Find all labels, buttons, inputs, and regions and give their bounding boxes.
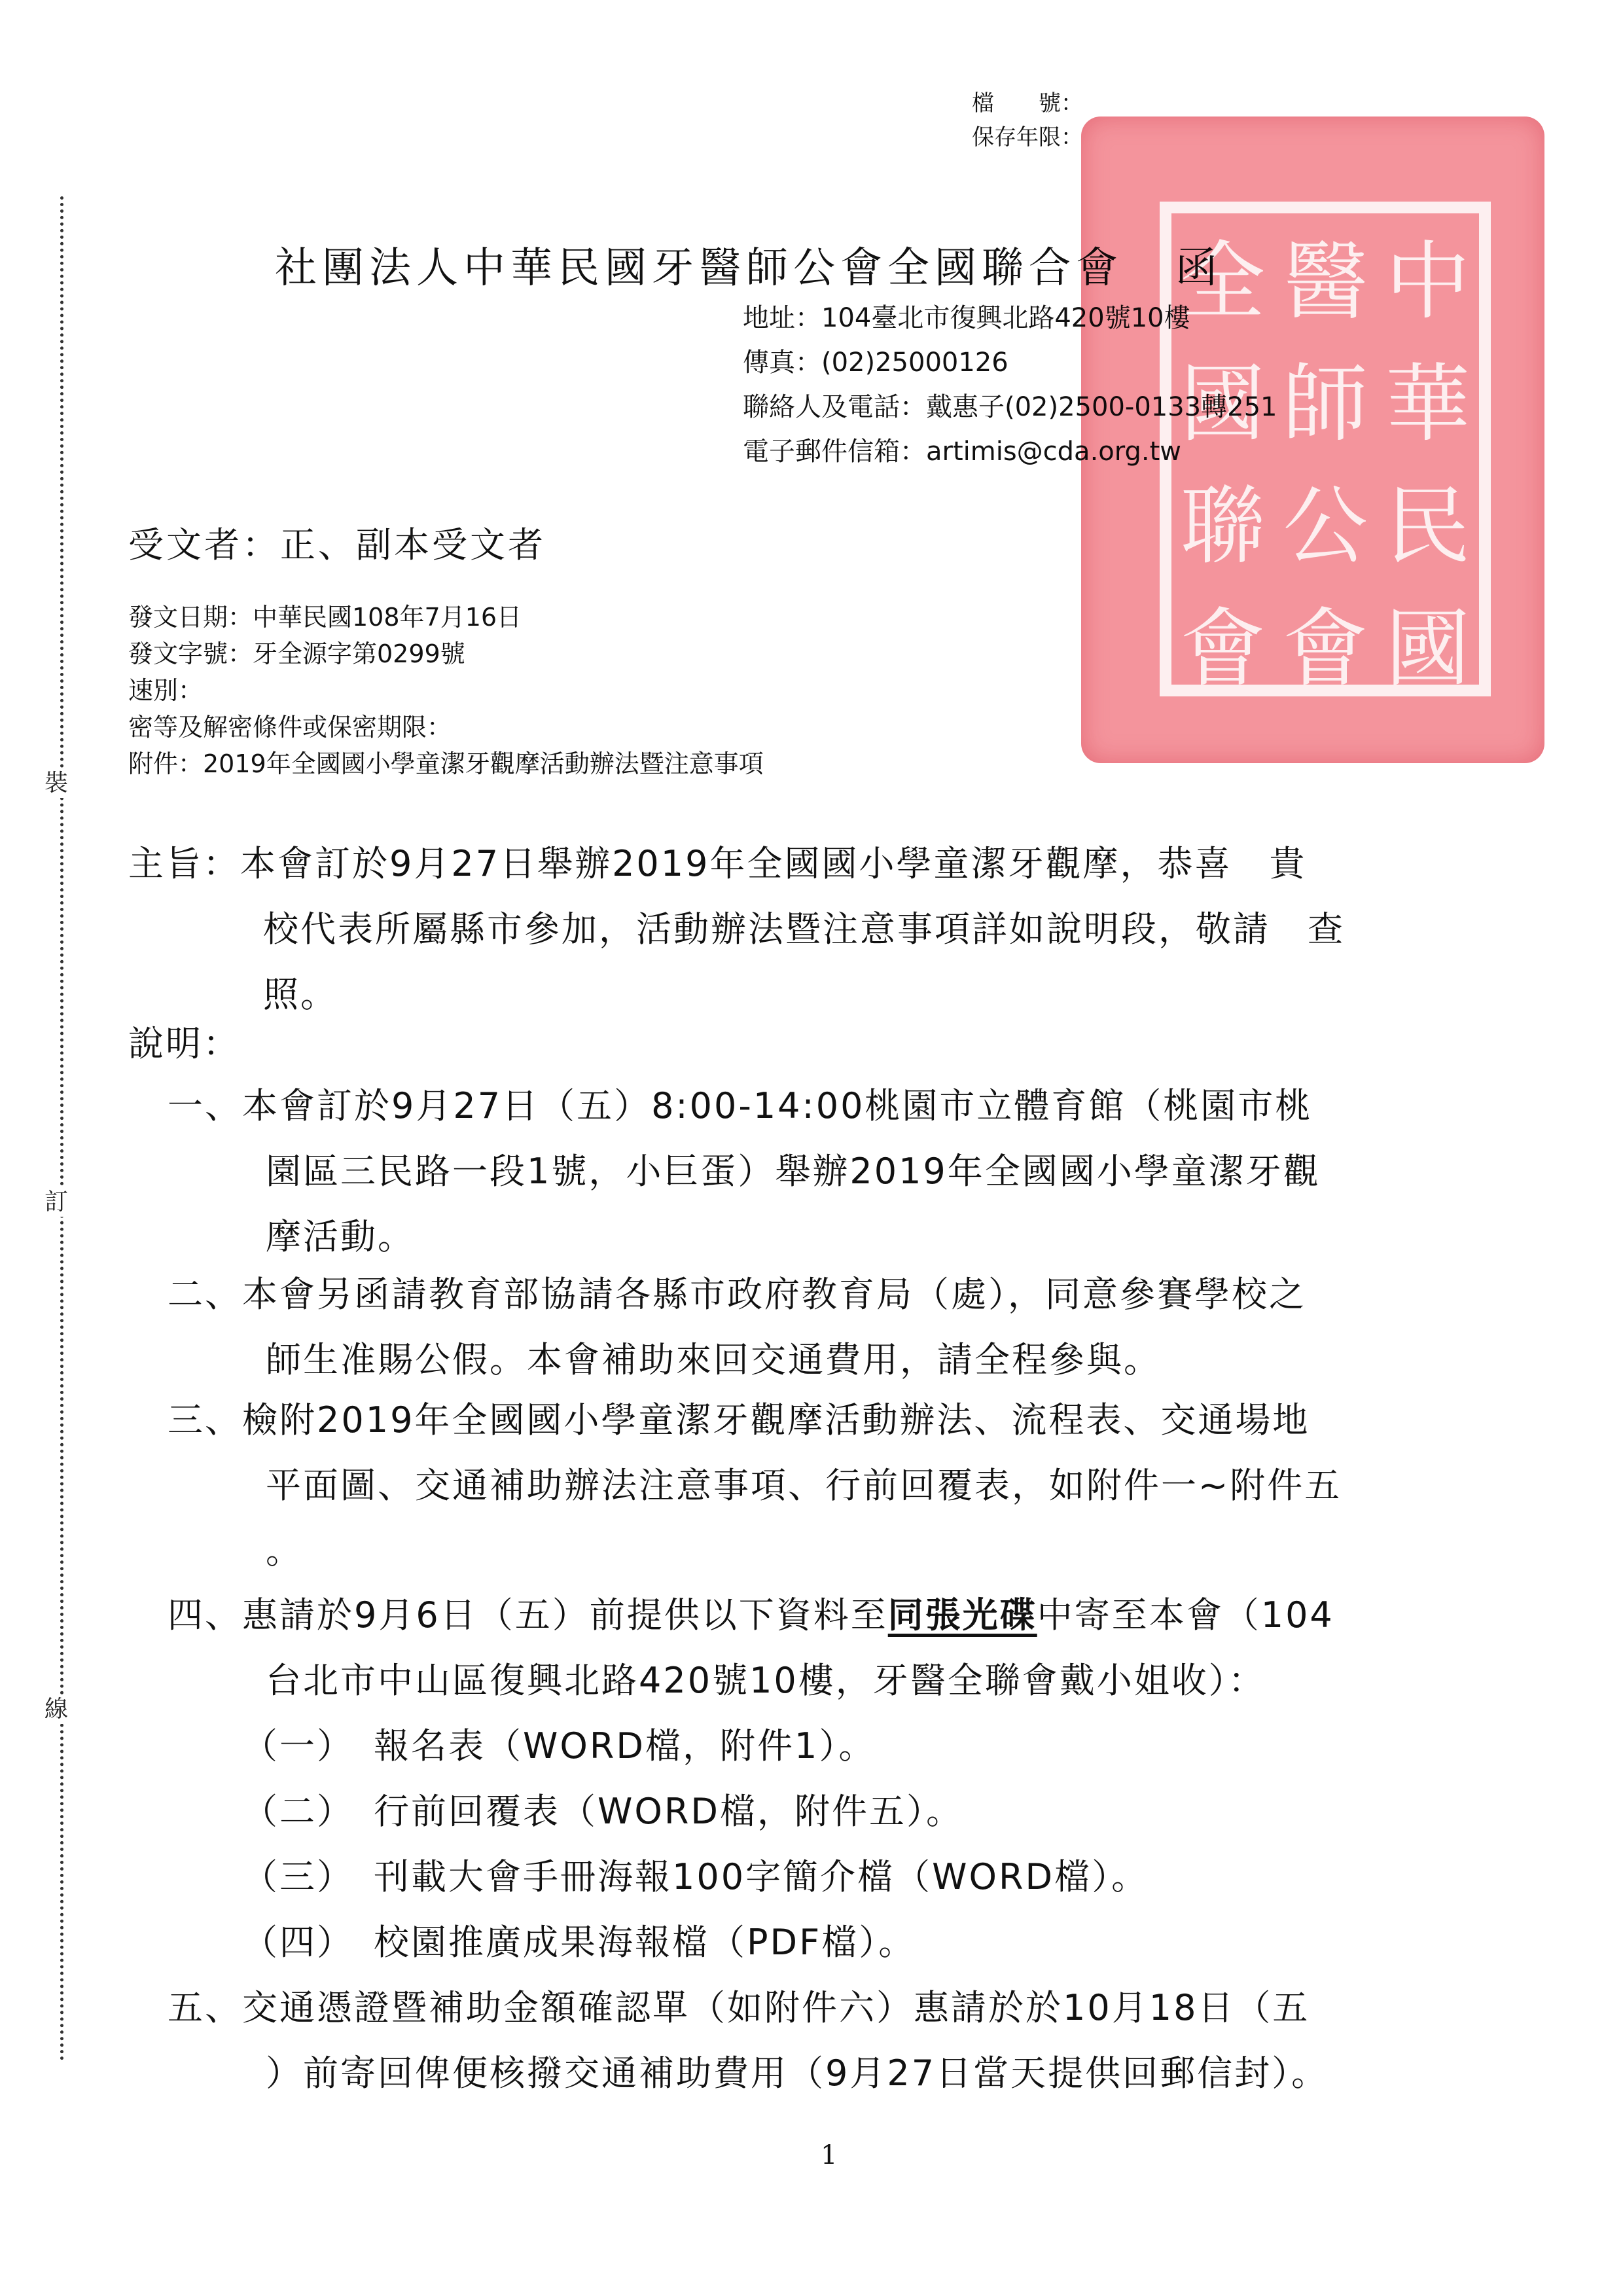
item-line: 。 (168, 1518, 1342, 1584)
emphasized-text: 同張光碟 (888, 1594, 1037, 1636)
item-line: 檢附2019年全國國小學童潔牙觀摩活動辦法、流程表、交通場地 (242, 1399, 1310, 1441)
subject-line: 本會訂於9月27日舉辦2019年全國國小學童潔牙觀摩，恭喜 貴 (240, 843, 1307, 884)
item-line: 平面圖、交通補助辦法注意事項、行前回覆表，如附件一~附件五 (168, 1453, 1342, 1518)
item-number: 二、 (168, 1274, 242, 1315)
seal-char: 國 (1376, 581, 1479, 703)
sub-item-3: （三） 刊載大會手冊海報100字簡介檔（WORD檔）。 (242, 1844, 1149, 1910)
subject-section: 主旨：本會訂於9月27日舉辦2019年全國國小學童潔牙觀摩，恭喜 貴 校代表所屬… (128, 831, 1345, 1028)
seal-char: 師 (1274, 336, 1377, 458)
item-line: 師生准賜公假。本會補助來回交通費用，請全程參與。 (168, 1327, 1306, 1393)
item-number: 五、 (168, 1987, 242, 2028)
attachment: 附件：2019年全國國小學童潔牙觀摩活動辦法暨注意事項 (128, 745, 764, 782)
item-line: 台北市中山區復興北路420號10樓，牙醫全聯會戴小姐收）： (168, 1648, 1334, 1713)
item-line: 園區三民路一段1號，小巨蛋）舉辦2019年全國國小學童潔牙觀 (168, 1139, 1321, 1204)
explanation-item-1: 一、本會訂於9月27日（五）8:00-14:00桃園市立體育館（桃園市桃 園區三… (168, 1073, 1321, 1270)
item-line: 交通憑證暨補助金額確認單（如附件六）惠請於於10月18日（五 (242, 1987, 1310, 2028)
item-line: 惠請於9月6日（五）前提供以下資料至 (242, 1594, 888, 1636)
binding-mark-xian: 線 (45, 1695, 68, 1724)
sub-item-2: （二） 行前回覆表（WORD檔，附件五）。 (242, 1779, 963, 1844)
seal-char: 會 (1274, 581, 1377, 703)
seal-char: 國 (1171, 336, 1274, 458)
seal-char: 中 (1376, 213, 1479, 336)
page-number: 1 (821, 2140, 837, 2170)
item-line: 中寄至本會（104 (1037, 1594, 1334, 1636)
subject-line: 照。 (128, 962, 1345, 1028)
document-number: 發文字號：牙全源字第0299號 (128, 636, 764, 672)
item-number: 四、 (168, 1594, 242, 1636)
explanation-item-2: 二、本會另函請教育部協請各縣市政府教育局（處），同意參賽學校之 師生准賜公假。本… (168, 1262, 1306, 1393)
seal-char: 聯 (1171, 458, 1274, 581)
seal-char: 全 (1171, 213, 1274, 336)
subject-label: 主旨： (128, 843, 240, 884)
sub-item-1: （一） 報名表（WORD檔，附件1）。 (242, 1713, 876, 1779)
document-title: 社團法人中華民國牙醫師公會全國聯合會函 (275, 234, 1222, 295)
recipient: 受文者：正、副本受文者 (128, 517, 546, 567)
issue-date: 發文日期：中華民國108年7月16日 (128, 599, 764, 636)
delivery-speed: 速別： (128, 672, 764, 709)
item-number: 三、 (168, 1399, 242, 1441)
item-line: ）前寄回俾便核撥交通補助費用（9月27日當天提供回郵信封）。 (168, 2041, 1329, 2106)
file-number-label: 檔 號： (972, 85, 1083, 122)
explanation-item-3: 三、檢附2019年全國國小學童潔牙觀摩活動辦法、流程表、交通場地 平面圖、交通補… (168, 1388, 1342, 1584)
seal-character-grid: 中 華 民 國 醫 師 公 會 全 國 聯 會 (1160, 202, 1491, 696)
item-line: 本會訂於9月27日（五）8:00-14:00桃園市立體育館（桃園市桃 (242, 1085, 1312, 1126)
document-info: 發文日期：中華民國108年7月16日 發文字號：牙全源字第0299號 速別： 密… (128, 599, 764, 782)
subject-line: 校代表所屬縣市參加，活動辦法暨注意事項詳如說明段，敬請 查 (128, 897, 1345, 962)
explanation-item-5: 五、交通憑證暨補助金額確認單（如附件六）惠請於於10月18日（五 ）前寄回俾便核… (168, 1975, 1329, 2106)
retention-period-label: 保存年限： (972, 119, 1083, 156)
explanation-item-4: 四、惠請於9月6日（五）前提供以下資料至同張光碟中寄至本會（104 台北市中山區… (168, 1583, 1334, 1713)
sub-item-4: （四） 校園推廣成果海報檔（PDF檔）。 (242, 1910, 916, 1975)
item-line: 本會另函請教育部協請各縣市政府教育局（處），同意參賽學校之 (242, 1274, 1306, 1315)
seal-char: 醫 (1274, 213, 1377, 336)
classification: 密等及解密條件或保密期限： (128, 709, 764, 745)
seal-char: 華 (1376, 336, 1479, 458)
seal-char: 民 (1376, 458, 1479, 581)
official-seal: 中 華 民 國 醫 師 公 會 全 國 聯 會 (1081, 117, 1544, 763)
item-line: 摩活動。 (168, 1204, 1321, 1270)
binding-mark-zhuang: 裝 (45, 769, 68, 798)
explanation-label: 說明： (128, 1011, 240, 1077)
seal-char: 公 (1274, 458, 1377, 581)
binding-mark-ding: 訂 (45, 1188, 68, 1217)
seal-char: 會 (1171, 581, 1274, 703)
item-number: 一、 (168, 1085, 242, 1126)
organization-name: 社團法人中華民國牙醫師公會全國聯合會 (275, 244, 1123, 293)
binding-dotted-line (60, 196, 63, 2062)
